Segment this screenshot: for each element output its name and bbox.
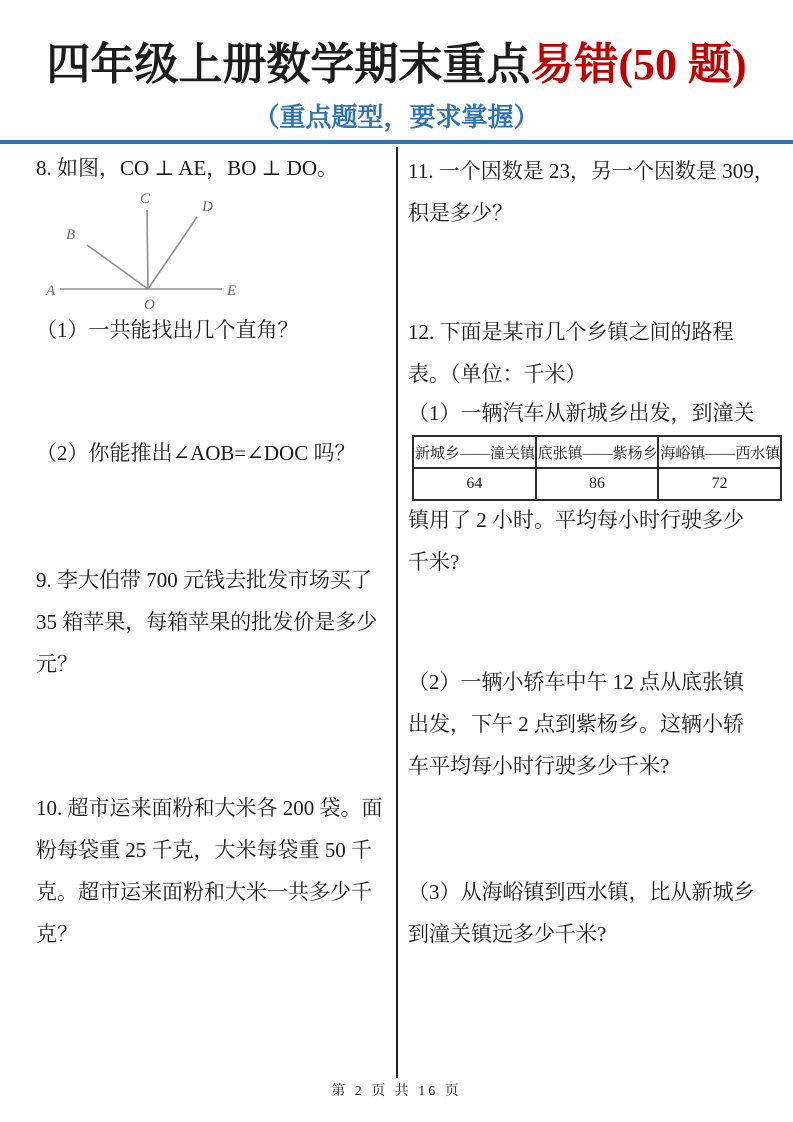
- question-8-text: 8. 如图，CO ⊥ AE，BO ⊥ DO。: [36, 147, 338, 189]
- figure-label-B: B: [66, 227, 75, 243]
- figure-label-C: C: [140, 191, 151, 207]
- distance-table-value-row: 64 86 72: [413, 468, 781, 500]
- distance-table-value-cell: 64: [413, 468, 536, 500]
- question-12-sub1-cont: 镇用了 2 小时。平均每小时行驶多少 千米?: [408, 499, 744, 583]
- question-8-sub2: （2）你能推出∠AOB=∠DOC 吗？: [36, 432, 355, 474]
- distance-table-header-row: 新城乡——潼关镇 底张镇——紫杨乡 海峪镇——西水镇: [413, 436, 781, 468]
- question-12-sub1-line1: （1）一辆汽车从新城乡出发，到潼关: [408, 392, 755, 434]
- figure-label-D: D: [201, 199, 213, 215]
- page-title-red: 易错(50 题): [530, 40, 746, 89]
- question-12-intro: 12. 下面是某市几个乡镇之间的路程 表。（单位：千米）: [408, 311, 734, 395]
- ray-OB: [87, 245, 148, 289]
- question-8-angle-figure: A B C D E O: [44, 190, 242, 316]
- figure-label-E: E: [226, 283, 236, 299]
- page-number: 第 2 页 共 16 页: [0, 1080, 793, 1100]
- question-10-text: 10. 超市运来面粉和大米各 200 袋。面 粉每袋重 25 千克，大米每袋重 …: [36, 787, 383, 955]
- distance-table-value-cell: 86: [536, 468, 659, 500]
- column-divider: [396, 147, 398, 1078]
- page-title: 四年级上册数学期末重点易错(50 题): [0, 34, 793, 96]
- ray-OD: [148, 217, 197, 289]
- distance-table-header-cell: 海峪镇——西水镇: [658, 436, 781, 468]
- question-12-sub2: （2）一辆小轿车中午 12 点从底张镇 出发，下午 2 点到紫杨乡。这辆小轿 车…: [408, 661, 744, 787]
- distance-table-header-cell: 新城乡——潼关镇: [413, 436, 536, 468]
- distance-table: 新城乡——潼关镇 底张镇——紫杨乡 海峪镇——西水镇 64 86 72: [412, 435, 782, 501]
- figure-label-A: A: [45, 283, 56, 299]
- distance-table-value-cell: 72: [658, 468, 781, 500]
- question-9-text: 9. 李大伯带 700 元钱去批发市场买了 35 箱苹果，每箱苹果的批发价是多少…: [36, 559, 377, 685]
- page-subtitle: （重点题型，要求掌握）: [0, 101, 793, 135]
- header-rule: [0, 140, 793, 144]
- worksheet-page: 四年级上册数学期末重点易错(50 题) （重点题型，要求掌握） 8. 如图，CO…: [0, 0, 793, 1122]
- distance-table-header-cell: 底张镇——紫杨乡: [536, 436, 659, 468]
- question-11-text: 11. 一个因数是 23，另一个因数是 309， 积是多少？: [408, 150, 775, 234]
- page-title-black: 四年级上册数学期末重点: [46, 40, 530, 89]
- question-12-sub3: （3）从海峪镇到西水镇，比从新城乡 到潼关镇远多少千米?: [408, 871, 755, 955]
- question-8-sub1: （1）一共能找出几个直角？: [36, 309, 299, 351]
- ray-OC: [147, 210, 148, 289]
